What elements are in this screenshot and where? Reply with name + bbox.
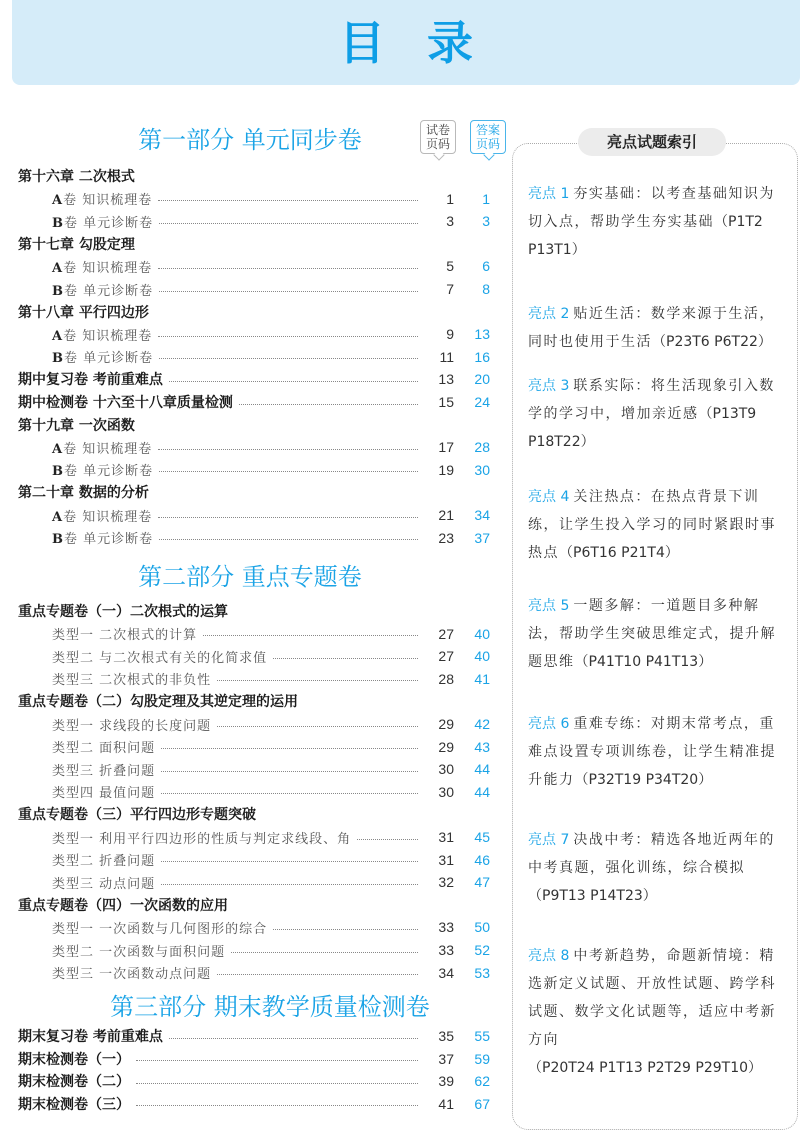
answer-page-number: 1	[454, 191, 490, 207]
paper-letter: A	[52, 442, 63, 457]
paper-name: 卷 知识梳理卷	[63, 329, 152, 344]
paper-letter: B	[52, 532, 64, 547]
toc-entry-label: 重点专题卷（一）二次根式的运算	[18, 601, 228, 621]
paper-name: 卷 单元诊断卷	[64, 464, 153, 479]
toc-entry-label: 类型二 面积问题	[52, 737, 155, 756]
dot-leader	[158, 517, 418, 518]
toc-entry-label: B卷 单元诊断卷	[52, 528, 153, 547]
header-banner: 目录	[12, 0, 800, 85]
highlight-tag: 亮点 6	[528, 716, 569, 732]
toc-entry-label: 第十八章 平行四边形	[18, 302, 149, 322]
dot-leader	[273, 658, 418, 659]
answer-page-number: 50	[454, 919, 490, 935]
paper-letter: A	[52, 329, 63, 344]
paper-letter: B	[52, 284, 64, 299]
part-3-title: 第三部分 期末教学质量检测卷	[20, 995, 520, 1019]
paper-name: 卷 单元诊断卷	[64, 216, 153, 231]
exam-page-number: 23	[424, 530, 454, 546]
dot-leader	[136, 1105, 418, 1106]
dot-leader	[169, 381, 418, 382]
toc-entry[interactable]: 期中复习卷 考前重难点1320	[18, 368, 490, 390]
answer-page-number: 52	[454, 942, 490, 958]
paper-name: 卷 单元诊断卷	[64, 284, 153, 299]
answer-page-number: 13	[454, 326, 490, 342]
exam-page-number: 31	[424, 852, 454, 868]
toc-entry-label: 类型三 二次根式的非负性	[52, 669, 211, 688]
dot-leader	[217, 974, 418, 975]
answer-page-number: 20	[454, 371, 490, 387]
toc-chapter-heading: 第二十章 数据的分析	[18, 481, 490, 503]
part-2-title: 第二部分 重点专题卷	[0, 565, 500, 589]
toc-entry[interactable]: B卷 单元诊断卷1116	[52, 346, 490, 368]
toc-entry-label: 第二十章 数据的分析	[18, 482, 149, 502]
highlight-tag: 亮点 4	[528, 489, 569, 505]
toc-chapter-heading: 第十八章 平行四边形	[18, 301, 490, 323]
paper-letter: B	[52, 351, 64, 366]
toc-chapter-heading: 重点专题卷（四）一次函数的应用	[18, 894, 490, 916]
highlight-item: 亮点 2贴近生活：数学来源于生活，同时也使用于生活（P23T6 P6T22）	[528, 300, 790, 356]
toc-entry-label: 类型二 与二次根式有关的化简求值	[52, 647, 267, 666]
dot-leader	[357, 839, 418, 840]
toc-entry-label: 类型一 二次根式的计算	[52, 624, 197, 643]
paper-letter: B	[52, 464, 64, 479]
toc-entry[interactable]: 类型二 与二次根式有关的化简求值2740	[52, 645, 490, 667]
exam-page-number: 5	[424, 258, 454, 274]
answer-page-number: 3	[454, 213, 490, 229]
highlight-tag: 亮点 7	[528, 832, 569, 848]
answer-page-number: 28	[454, 439, 490, 455]
toc-entry-label: 期末检测卷（二）	[18, 1071, 130, 1091]
toc-entry-label: 类型一 一次函数与几何图形的综合	[52, 918, 267, 937]
toc-entry-label: 重点专题卷（二）勾股定理及其逆定理的运用	[18, 691, 298, 711]
toc-entry-label: 期末检测卷（一）	[18, 1049, 130, 1069]
answer-page-number: 42	[454, 716, 490, 732]
toc-chapter-heading: 重点专题卷（二）勾股定理及其逆定理的运用	[18, 690, 490, 712]
toc-entry[interactable]: 类型一 利用平行四边形的性质与判定求线段、角3145	[52, 826, 490, 848]
toc-entry-label: 期末复习卷 考前重难点	[18, 1026, 163, 1046]
paper-letter: A	[52, 193, 63, 208]
toc-entry-label: 重点专题卷（三）平行四边形专题突破	[18, 804, 256, 824]
paper-name: 卷 知识梳理卷	[63, 442, 152, 457]
dot-leader	[161, 884, 418, 885]
column-badges: 试卷页码 答案页码	[420, 120, 506, 154]
highlight-item: 亮点 7决战中考：精选各地近两年的中考真题，强化训练，综合模拟（P9T13 P1…	[528, 826, 790, 910]
paper-letter: A	[52, 261, 63, 276]
exam-page-number: 1	[424, 191, 454, 207]
toc-chapter-heading: 第十九章 一次函数	[18, 414, 490, 436]
toc-entry-label: 类型三 动点问题	[52, 873, 155, 892]
exam-page-number: 33	[424, 942, 454, 958]
answer-page-badge: 答案页码	[470, 120, 506, 154]
toc-entry-label: 期末检测卷（三）	[18, 1094, 130, 1114]
answer-page-number: 6	[454, 258, 490, 274]
highlight-refs: （P6T16 P21T4）	[559, 545, 679, 561]
toc-entry-label: B卷 单元诊断卷	[52, 280, 153, 299]
highlight-item: 亮点 3联系实际：将生活现象引入数学的学习中，增加亲近感（P13T9 P18T2…	[528, 372, 790, 456]
toc-entry[interactable]: A卷 知识梳理卷1728	[52, 436, 490, 458]
highlight-refs: （P9T13 P14T23）	[528, 888, 657, 904]
toc-entry[interactable]: 类型二 折叠问题3146	[52, 849, 490, 871]
exam-page-badge-label: 试卷页码	[426, 123, 450, 151]
highlights-title: 亮点试题索引	[578, 128, 726, 156]
exam-page-number: 3	[424, 213, 454, 229]
dot-leader	[159, 539, 418, 540]
toc-entry[interactable]: B卷 单元诊断卷33	[52, 210, 490, 232]
exam-page-number: 34	[424, 965, 454, 981]
exam-page-number: 31	[424, 829, 454, 845]
exam-page-number: 29	[424, 716, 454, 732]
highlight-tag: 亮点 8	[528, 948, 569, 964]
exam-page-number: 30	[424, 761, 454, 777]
dot-leader	[169, 1038, 418, 1039]
toc-entry[interactable]: A卷 知识梳理卷2134	[52, 504, 490, 526]
highlight-tag: 亮点 1	[528, 186, 569, 202]
dot-leader	[136, 1060, 418, 1061]
highlight-tag: 亮点 2	[528, 306, 569, 322]
answer-page-number: 40	[454, 648, 490, 664]
toc-entry[interactable]: 类型一 求线段的长度问题2942	[52, 713, 490, 735]
toc-entry[interactable]: B卷 单元诊断卷2337	[52, 527, 490, 549]
highlight-tag: 亮点 5	[528, 598, 569, 614]
answer-page-number: 55	[454, 1028, 490, 1044]
toc-entry-label: 类型三 一次函数动点问题	[52, 963, 211, 982]
paper-letter: A	[52, 510, 63, 525]
exam-page-number: 32	[424, 874, 454, 890]
dot-leader	[158, 449, 418, 450]
answer-page-number: 59	[454, 1051, 490, 1067]
highlight-refs: （P41T10 P41T13）	[575, 654, 713, 670]
paper-name: 卷 知识梳理卷	[63, 510, 152, 525]
toc-entry[interactable]: 类型一 二次根式的计算2740	[52, 623, 490, 645]
answer-page-number: 8	[454, 281, 490, 297]
toc-entry-label: A卷 知识梳理卷	[52, 506, 152, 525]
dot-leader	[239, 404, 418, 405]
dot-leader	[159, 471, 418, 472]
answer-page-number: 37	[454, 530, 490, 546]
exam-page-number: 29	[424, 739, 454, 755]
exam-page-number: 7	[424, 281, 454, 297]
dot-leader	[217, 726, 418, 727]
answer-page-number: 34	[454, 507, 490, 523]
toc-entry-label: A卷 知识梳理卷	[52, 325, 152, 344]
toc-chapter-heading: 重点专题卷（三）平行四边形专题突破	[18, 803, 490, 825]
answer-page-number: 30	[454, 462, 490, 478]
exam-page-number: 35	[424, 1028, 454, 1044]
exam-page-badge: 试卷页码	[420, 120, 456, 154]
exam-page-number: 13	[424, 371, 454, 387]
toc-entry-label: A卷 知识梳理卷	[52, 189, 152, 208]
exam-page-number: 27	[424, 648, 454, 664]
toc-entry[interactable]: 类型三 折叠问题3044	[52, 758, 490, 780]
highlight-refs: （P32T19 P34T20）	[575, 772, 713, 788]
table-of-contents: 第一部分 单元同步卷 试卷页码 答案页码 第十六章 二次根式A卷 知识梳理卷11…	[0, 110, 505, 1135]
highlight-refs: （P20T24 P1T13 P2T29 P29T10）	[528, 1060, 762, 1076]
paper-name: 卷 知识梳理卷	[63, 261, 152, 276]
toc-entry-label: B卷 单元诊断卷	[52, 347, 153, 366]
dot-leader	[159, 291, 418, 292]
toc-entry-label: 类型二 一次函数与面积问题	[52, 941, 225, 960]
paper-letter: B	[52, 216, 64, 231]
answer-page-number: 67	[454, 1096, 490, 1112]
dot-leader	[161, 771, 418, 772]
exam-page-number: 37	[424, 1051, 454, 1067]
toc-entry-label: A卷 知识梳理卷	[52, 438, 152, 457]
dot-leader	[158, 336, 418, 337]
toc-chapter-heading: 重点专题卷（一）二次根式的运算	[18, 600, 490, 622]
highlight-refs: （P23T6 P6T22）	[652, 334, 772, 350]
toc-entry-label: 类型一 利用平行四边形的性质与判定求线段、角	[52, 828, 351, 847]
toc-chapter-heading: 第十六章 二次根式	[18, 165, 490, 187]
answer-page-number: 53	[454, 965, 490, 981]
answer-page-number: 43	[454, 739, 490, 755]
toc-entry-label: 期中复习卷 考前重难点	[18, 369, 163, 389]
toc-entry[interactable]: 类型三 一次函数动点问题3453	[52, 962, 490, 984]
answer-page-number: 41	[454, 671, 490, 687]
toc-entry-label: 第十七章 勾股定理	[18, 234, 135, 254]
dot-leader	[158, 200, 418, 201]
exam-page-number: 15	[424, 394, 454, 410]
exam-page-number: 39	[424, 1073, 454, 1089]
toc-entry[interactable]: 期中检测卷 十六至十八章质量检测1524	[18, 391, 490, 413]
dot-leader	[161, 861, 418, 862]
paper-name: 卷 单元诊断卷	[64, 532, 153, 547]
toc-entry[interactable]: 类型三 动点问题3247	[52, 871, 490, 893]
exam-page-number: 21	[424, 507, 454, 523]
exam-page-number: 28	[424, 671, 454, 687]
dot-leader	[159, 358, 418, 359]
toc-entry[interactable]: 期末检测卷（三）4167	[18, 1093, 490, 1115]
exam-page-number: 19	[424, 462, 454, 478]
exam-page-number: 27	[424, 626, 454, 642]
toc-entry[interactable]: 期末检测卷（二）3962	[18, 1070, 490, 1092]
toc-entry-label: B卷 单元诊断卷	[52, 212, 153, 231]
answer-page-number: 16	[454, 349, 490, 365]
toc-entry-label: 第十九章 一次函数	[18, 415, 135, 435]
paper-name: 卷 单元诊断卷	[64, 351, 153, 366]
toc-entry-label: 重点专题卷（四）一次函数的应用	[18, 895, 228, 915]
toc-entry-label: 期中检测卷 十六至十八章质量检测	[18, 392, 233, 412]
answer-page-number: 62	[454, 1073, 490, 1089]
paper-name: 卷 知识梳理卷	[63, 193, 152, 208]
dot-leader	[203, 635, 418, 636]
toc-entry[interactable]: 类型二 面积问题2943	[52, 736, 490, 758]
highlight-item: 亮点 6重难专练：对期末常考点，重难点设置专项训练卷，让学生精准提升能力（P32…	[528, 710, 790, 794]
toc-entry-label: B卷 单元诊断卷	[52, 460, 153, 479]
answer-page-number: 40	[454, 626, 490, 642]
answer-page-badge-label: 答案页码	[476, 123, 500, 151]
toc-chapter-heading: 第十七章 勾股定理	[18, 233, 490, 255]
exam-page-number: 11	[424, 349, 454, 365]
exam-page-number: 41	[424, 1096, 454, 1112]
exam-page-number: 9	[424, 326, 454, 342]
exam-page-number: 33	[424, 919, 454, 935]
toc-entry[interactable]: A卷 知识梳理卷56	[52, 255, 490, 277]
toc-entry-label: 类型二 折叠问题	[52, 850, 155, 869]
answer-page-number: 47	[454, 874, 490, 890]
toc-entry[interactable]: A卷 知识梳理卷913	[52, 323, 490, 345]
toc-entry-label: 类型三 折叠问题	[52, 760, 155, 779]
toc-entry[interactable]: 类型三 二次根式的非负性2841	[52, 668, 490, 690]
dot-leader	[161, 793, 418, 794]
toc-entry[interactable]: 类型一 一次函数与几何图形的综合3350	[52, 916, 490, 938]
answer-page-number: 45	[454, 829, 490, 845]
dot-leader	[159, 223, 418, 224]
answer-page-number: 24	[454, 394, 490, 410]
highlight-item: 亮点 8中考新趋势，命题新情境：精选新定义试题、开放性试题、跨学科试题、数学文化…	[528, 942, 790, 1082]
toc-entry[interactable]: 类型二 一次函数与面积问题3352	[52, 939, 490, 961]
toc-entry[interactable]: B卷 单元诊断卷1930	[52, 459, 490, 481]
highlight-tag: 亮点 3	[528, 378, 569, 394]
dot-leader	[158, 268, 418, 269]
toc-entry[interactable]: B卷 单元诊断卷78	[52, 278, 490, 300]
toc-entry-label: 第十六章 二次根式	[18, 166, 135, 186]
toc-entry[interactable]: 类型四 最值问题3044	[52, 781, 490, 803]
toc-entry[interactable]: 期末检测卷（一）3759	[18, 1048, 490, 1070]
answer-page-number: 44	[454, 761, 490, 777]
toc-entry[interactable]: 期末复习卷 考前重难点3555	[18, 1025, 490, 1047]
toc-entry-label: A卷 知识梳理卷	[52, 257, 152, 276]
toc-entry-label: 类型一 求线段的长度问题	[52, 715, 211, 734]
dot-leader	[161, 748, 418, 749]
exam-page-number: 30	[424, 784, 454, 800]
toc-entry[interactable]: A卷 知识梳理卷11	[52, 188, 490, 210]
toc-entry-label: 类型四 最值问题	[52, 782, 155, 801]
dot-leader	[273, 929, 418, 930]
answer-page-number: 44	[454, 784, 490, 800]
answer-page-number: 46	[454, 852, 490, 868]
page-title: 目录	[297, 20, 515, 66]
exam-page-number: 17	[424, 439, 454, 455]
dot-leader	[136, 1083, 418, 1084]
dot-leader	[231, 952, 418, 953]
highlight-item: 亮点 1夯实基础：以考查基础知识为切入点，帮助学生夯实基础（P1T2 P13T1…	[528, 180, 790, 264]
highlight-item: 亮点 4关注热点：在热点背景下训练，让学生投入学习的同时紧跟时事热点（P6T16…	[528, 483, 790, 567]
highlight-item: 亮点 5一题多解：一道题目多种解法，帮助学生突破思维定式，提升解题思维（P41T…	[528, 592, 790, 676]
dot-leader	[217, 680, 418, 681]
